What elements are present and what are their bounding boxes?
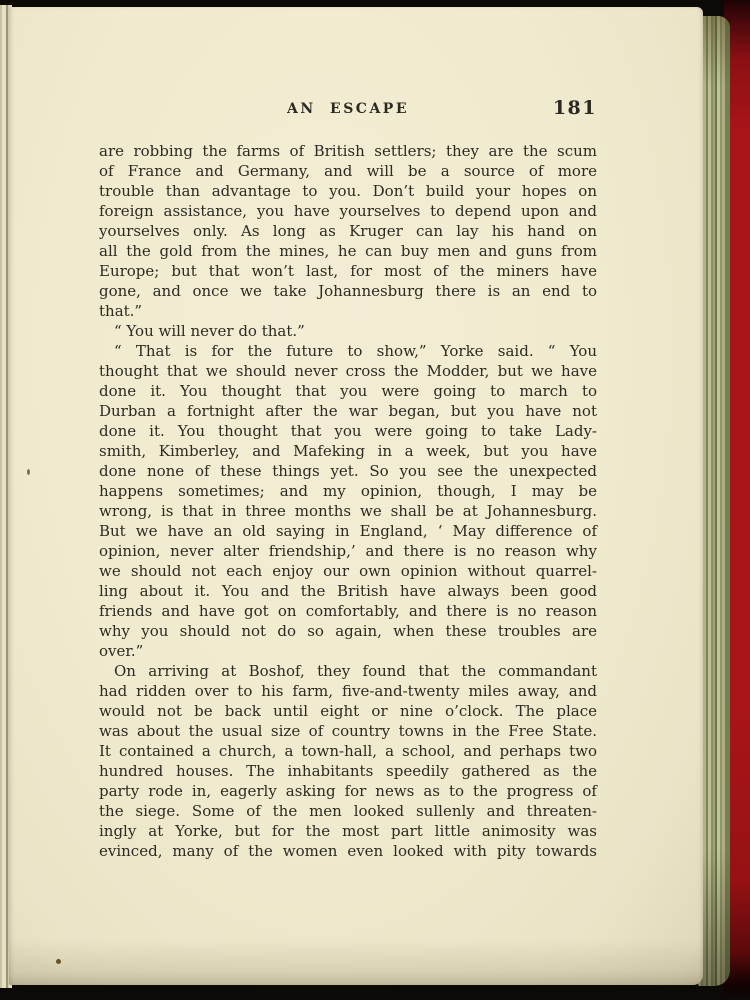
text-line: friends and have got on comfortably, and… (99, 601, 597, 621)
text-line: foreign assistance, you have yourselves … (99, 201, 597, 221)
text-line: “ You will never do that.” (99, 321, 597, 341)
running-head: AN ESCAPE (99, 101, 597, 117)
text-line: over.” (99, 641, 597, 661)
text-line: gone, and once we take Johannesburg ther… (99, 281, 597, 301)
text-line: evinced, many of the women even looked w… (99, 841, 597, 861)
text-line: smith, Kimberley, and Mafeking in a week… (99, 441, 597, 461)
text-line: happens sometimes; and my opinion, thoug… (99, 481, 597, 501)
text-block: AN ESCAPE 181 are robbing the farms of B… (99, 97, 597, 861)
text-line: all the gold from the mines, he can buy … (99, 241, 597, 261)
paper-speck (56, 959, 61, 964)
text-line: the siege. Some of the men looked sullen… (99, 801, 597, 821)
text-line: of France and Germany, and will be a sou… (99, 161, 597, 181)
text-body: are robbing the farms of British settler… (99, 141, 597, 861)
book-photo: AN ESCAPE 181 are robbing the farms of B… (0, 0, 750, 1000)
paper-speck (27, 469, 30, 475)
text-line: But we have an old saying in England, ‘ … (99, 521, 597, 541)
text-line: would not be back until eight or nine o’… (99, 701, 597, 721)
text-line: are robbing the farms of British settler… (99, 141, 597, 161)
page-number: 181 (553, 97, 597, 119)
text-line: trouble than advantage to you. Don’t bui… (99, 181, 597, 201)
text-line: party rode in, eagerly asking for news a… (99, 781, 597, 801)
text-line: Europe; but that won’t last, for most of… (99, 261, 597, 281)
text-line: was about the usual size of country town… (99, 721, 597, 741)
text-line: we should not each enjoy our own opinion… (99, 561, 597, 581)
page-header: AN ESCAPE 181 (99, 97, 597, 121)
text-line: wrong, is that in three months we shall … (99, 501, 597, 521)
text-line: thought that we should never cross the M… (99, 361, 597, 381)
text-line: Durban a fortnight after the war began, … (99, 401, 597, 421)
text-line: opinion, never alter friendship,’ and th… (99, 541, 597, 561)
text-line: ling about it. You and the British have … (99, 581, 597, 601)
text-line: ingly at Yorke, but for the most part li… (99, 821, 597, 841)
text-line: that.” (99, 301, 597, 321)
text-line: hundred houses. The inhabitants speedily… (99, 761, 597, 781)
book-page: AN ESCAPE 181 are robbing the farms of B… (9, 7, 703, 985)
text-line: done none of these things yet. So you se… (99, 461, 597, 481)
text-line: done it. You thought that you were going… (99, 381, 597, 401)
text-line: It contained a church, a town-hall, a sc… (99, 741, 597, 761)
text-line: done it. You thought that you were going… (99, 421, 597, 441)
text-line: why you should not do so again, when the… (99, 621, 597, 641)
text-line: yourselves only. As long as Kruger can l… (99, 221, 597, 241)
text-line: “ That is for the future to show,” Yorke… (99, 341, 597, 361)
text-line: had ridden over to his farm, five-and-tw… (99, 681, 597, 701)
text-line: On arriving at Boshof, they found that t… (99, 661, 597, 681)
